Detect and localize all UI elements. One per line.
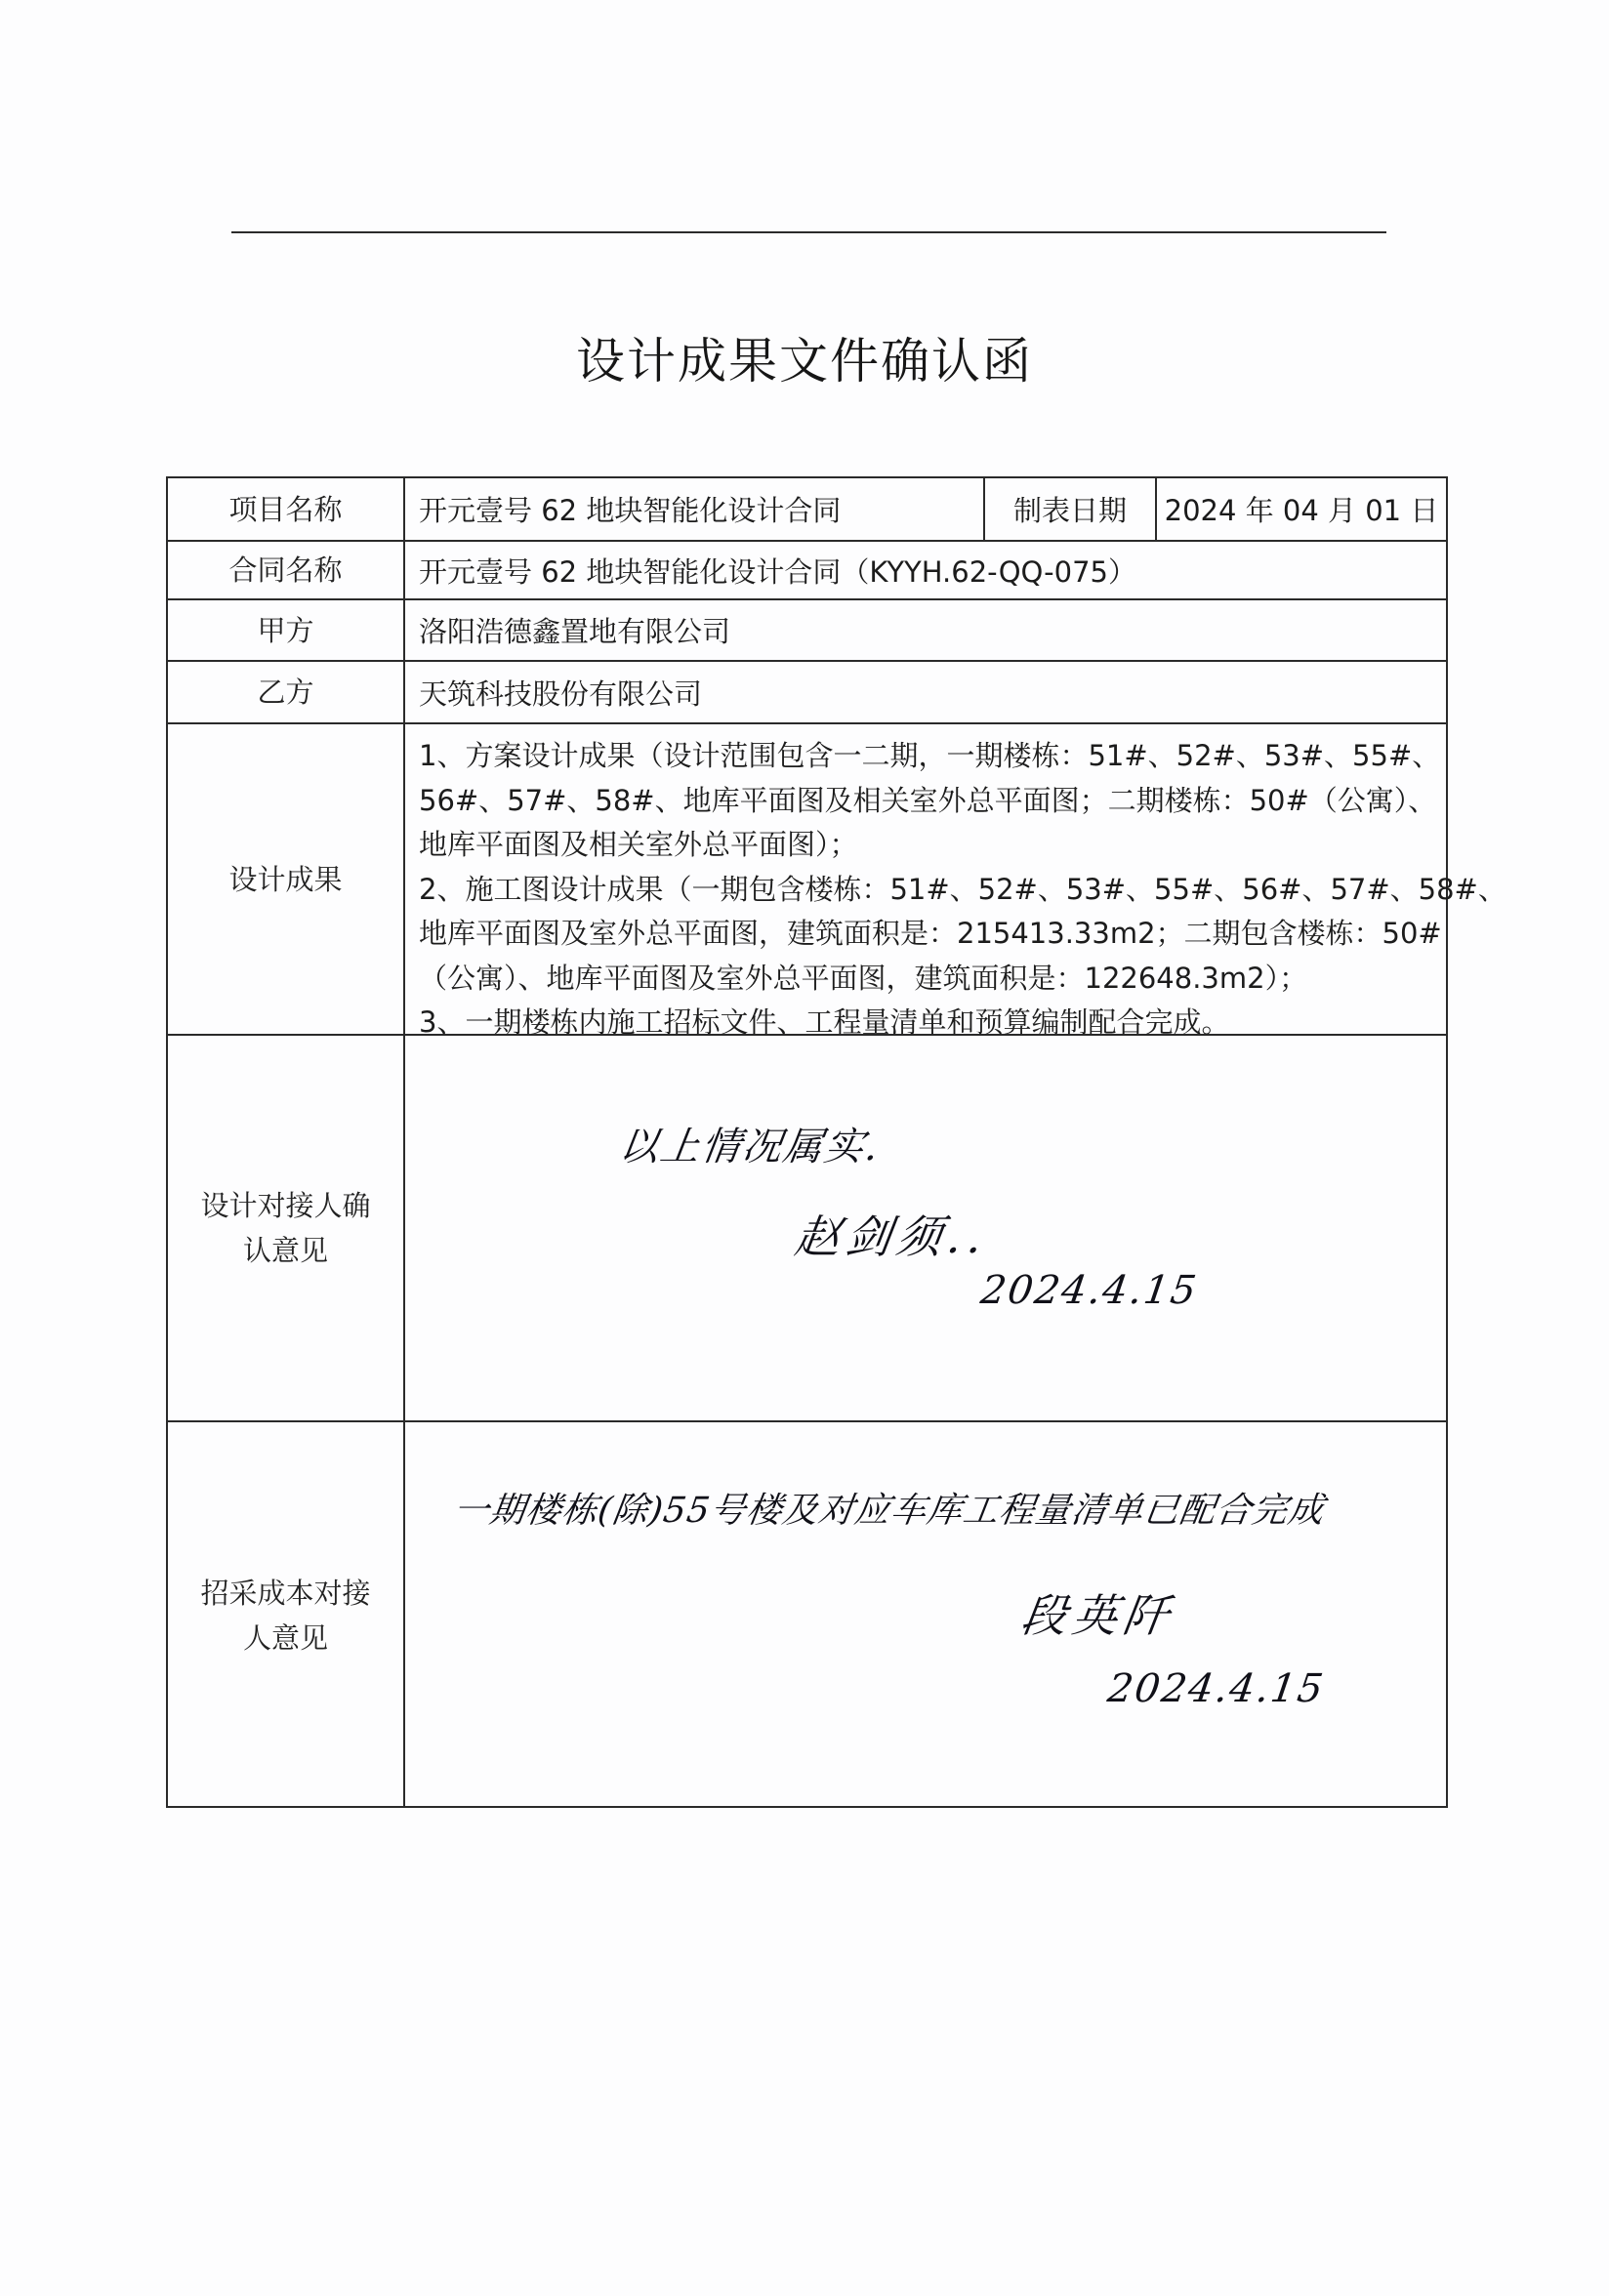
confirmation-table: 项目名称 开元壹号 62 地块智能化设计合同 制表日期 2024 年 04 月 … [166,476,1448,1808]
design-contact-opinion-value: 以上情况属实. 赵剑须.. 2024.4.15 [405,1036,1446,1420]
label-line: 认意见 [200,1228,370,1273]
label-line: 设计对接人确 [200,1183,370,1228]
row-design-contact-opinion: 设计对接人确 认意见 以上情况属实. 赵剑须.. 2024.4.15 [168,1036,1446,1422]
handwritten-signature: 段英阡 [1017,1580,1178,1645]
party-a-label: 甲方 [168,600,405,660]
row-contract-name: 合同名称 开元壹号 62 地块智能化设计合同（KYYH.62-QQ-075） [168,542,1446,600]
design-results-line: 2、施工图设计成果（一期包含楼栋：51#、52#、53#、55#、56#、57#… [419,868,1506,913]
row-party-a: 甲方 洛阳浩德鑫置地有限公司 [168,600,1446,662]
contract-name-value: 开元壹号 62 地块智能化设计合同（KYYH.62-QQ-075） [405,542,1446,598]
procurement-cost-opinion-label: 招采成本对接 人意见 [168,1422,405,1808]
header-rule [231,231,1386,233]
design-results-label: 设计成果 [168,724,405,1034]
row-party-b: 乙方 天筑科技股份有限公司 [168,662,1446,724]
row-procurement-cost-opinion: 招采成本对接 人意见 一期楼栋(除)55号楼及对应车库工程量清单已配合完成 段英… [168,1422,1446,1808]
row-project-name: 项目名称 开元壹号 62 地块智能化设计合同 制表日期 2024 年 04 月 … [168,478,1446,542]
procurement-cost-opinion-value: 一期楼栋(除)55号楼及对应车库工程量清单已配合完成 段英阡 2024.4.15 [405,1422,1446,1808]
form-date-label: 制表日期 [983,478,1157,540]
project-name-value: 开元壹号 62 地块智能化设计合同 [405,478,983,540]
design-results-value: 1、方案设计成果（设计范围包含一二期，一期楼栋：51#、52#、53#、55#、… [405,724,1446,1034]
contract-name-label: 合同名称 [168,542,405,598]
handwritten-signature: 赵剑须.. [791,1202,993,1266]
party-b-label: 乙方 [168,662,405,722]
handwritten-opinion: 以上情况属实. [616,1116,885,1171]
signed-date: 2024.4.15 [1105,1666,1328,1711]
row-design-results: 设计成果 1、方案设计成果（设计范围包含一二期，一期楼栋：51#、52#、53#… [168,724,1446,1036]
signed-date: 2024.4.15 [978,1268,1201,1313]
form-date-value: 2024 年 04 月 01 日 [1157,478,1446,540]
page-title: 设计成果文件确认函 [0,322,1609,392]
party-a-value: 洛阳浩德鑫置地有限公司 [405,600,1446,660]
label-line: 人意见 [200,1616,370,1660]
handwritten-opinion: 一期楼栋(除)55号楼及对应车库工程量清单已配合完成 [450,1483,1328,1533]
design-contact-opinion-label: 设计对接人确 认意见 [168,1036,405,1420]
design-results-line: 1、方案设计成果（设计范围包含一二期，一期楼栋：51#、52#、53#、55#、 [419,734,1506,779]
project-name-label: 项目名称 [168,478,405,540]
design-results-line: 地库平面图及室外总平面图，建筑面积是：215413.33m2；二期包含楼栋：50… [419,912,1506,957]
design-results-line: 地库平面图及相关室外总平面图）； [419,823,1506,868]
label-line: 招采成本对接 [200,1571,370,1616]
party-b-value: 天筑科技股份有限公司 [405,662,1446,722]
design-results-line: 56#、57#、58#、地库平面图及相关室外总平面图；二期楼栋：50#（公寓）、 [419,779,1506,824]
design-results-line: （公寓）、地库平面图及室外总平面图，建筑面积是：122648.3m2）； [419,957,1506,1002]
